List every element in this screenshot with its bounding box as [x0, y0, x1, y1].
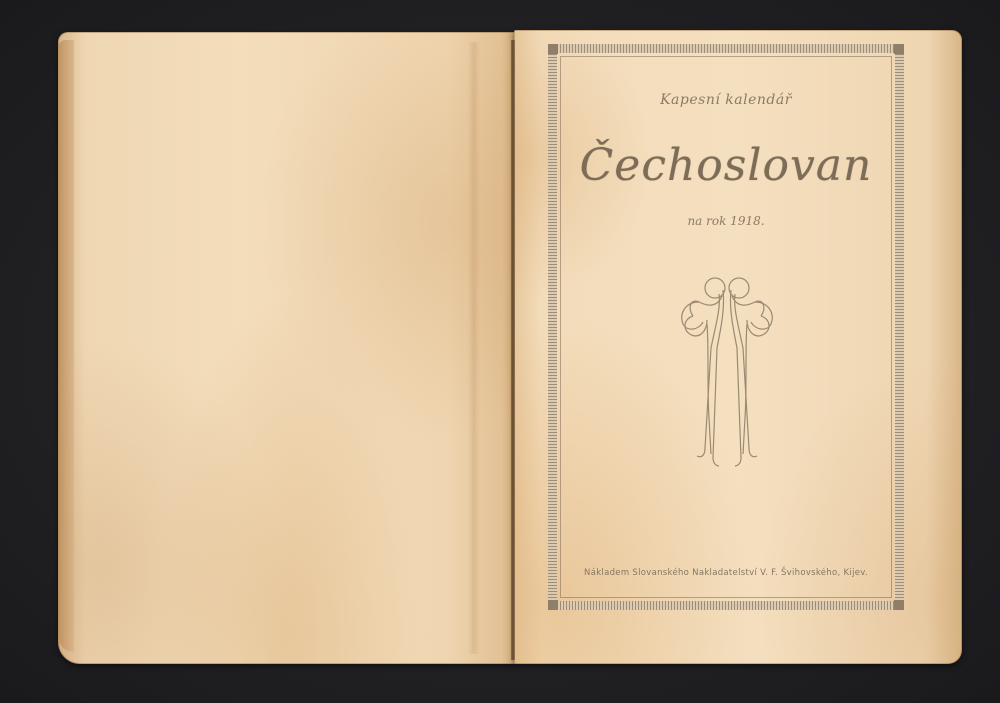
border-right — [895, 44, 904, 610]
border-top — [548, 44, 904, 53]
year-line: na rok 1918. — [548, 214, 904, 228]
border-corner — [894, 44, 904, 54]
flower-ornament-icon — [677, 268, 777, 478]
border-left — [548, 44, 557, 610]
border-corner — [548, 44, 558, 54]
border-corner — [894, 600, 904, 610]
border-bottom — [548, 601, 904, 610]
book-spine — [511, 40, 515, 660]
page-title: Čechoslovan — [548, 140, 904, 191]
subtitle: Kapesní kalendář — [548, 92, 904, 108]
border-corner — [548, 600, 558, 610]
publisher-line: Nákladem Slovanského Nakladatelství V. F… — [548, 568, 904, 578]
left-page — [58, 32, 516, 664]
